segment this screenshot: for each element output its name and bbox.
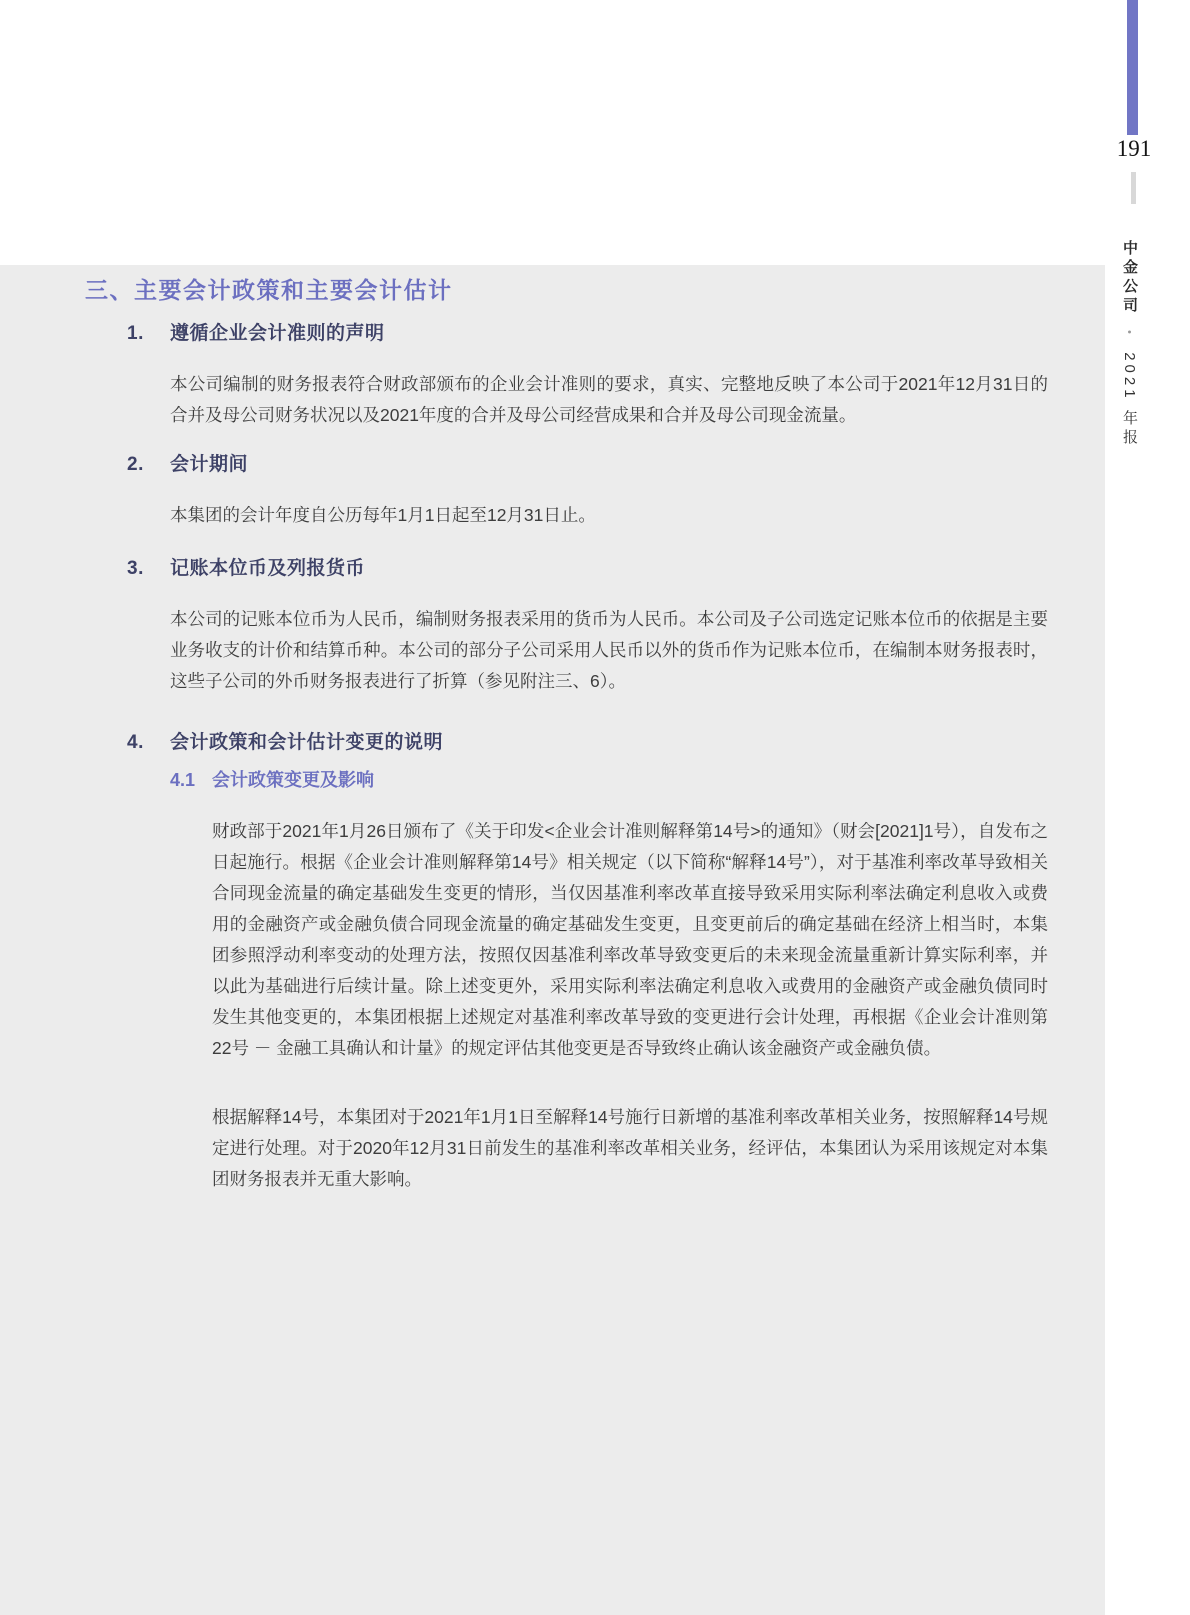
- section-2-paragraph: 本集团的会计年度自公历每年1月1日起至12月31日止。: [170, 500, 1048, 531]
- section-2-heading: 2. 会计期间: [0, 452, 1105, 478]
- vertical-brand-text: 中金公司 • 2021 年报: [1119, 240, 1140, 560]
- brand-name: 中金公司: [1121, 240, 1138, 316]
- section-1: 1. 遵循企业会计准则的声明 本公司编制的财务报表符合财政部颁布的企业会计准则的…: [0, 321, 1105, 431]
- section-1-title: 遵循企业会计准则的声明: [170, 321, 385, 347]
- main-heading: 三、主要会计政策和主要会计估计: [85, 275, 1105, 305]
- section-1-heading: 1. 遵循企业会计准则的声明: [0, 321, 1105, 347]
- year-label: 2021 年报: [1121, 352, 1138, 448]
- page-number: 191: [1106, 136, 1162, 162]
- section-1-paragraph: 本公司编制的财务报表符合财政部颁布的企业会计准则的要求，真实、完整地反映了本公司…: [170, 369, 1048, 431]
- section-1-number: 1.: [127, 321, 170, 347]
- section-3-number: 3.: [127, 556, 170, 582]
- section-4-number: 4.: [127, 730, 170, 756]
- page-number-tick: [1131, 172, 1136, 204]
- section-2: 2. 会计期间 本集团的会计年度自公历每年1月1日起至12月31日止。: [0, 452, 1105, 531]
- section-3-paragraph: 本公司的记账本位币为人民币，编制财务报表采用的货币为人民币。本公司及子公司选定记…: [170, 604, 1048, 697]
- section-4-1-heading: 4.1 会计政策变更及影响: [170, 768, 1105, 792]
- section-3-heading: 3. 记账本位币及列报货币: [0, 556, 1105, 582]
- section-4-heading: 4. 会计政策和会计估计变更的说明: [0, 730, 1105, 756]
- section-2-number: 2.: [127, 452, 170, 478]
- separator-dot: •: [1123, 330, 1135, 338]
- content-panel: 三、主要会计政策和主要会计估计 1. 遵循企业会计准则的声明 本公司编制的财务报…: [0, 265, 1105, 1615]
- report-page: 191 中金公司 • 2021 年报 三、主要会计政策和主要会计估计 1. 遵循…: [0, 0, 1190, 1615]
- section-4: 4. 会计政策和会计估计变更的说明 4.1 会计政策变更及影响 财政部于2021…: [0, 730, 1105, 1195]
- section-3: 3. 记账本位币及列报货币 本公司的记账本位币为人民币，编制财务报表采用的货币为…: [0, 556, 1105, 697]
- section-3-title: 记账本位币及列报货币: [170, 556, 365, 582]
- section-4-1-paragraph-1: 财政部于2021年1月26日颁布了《关于印发<企业会计准则解释第14号>的通知》…: [212, 816, 1048, 1064]
- section-4-1-title: 会计政策变更及影响: [212, 768, 374, 792]
- section-4-1-paragraph-2: 根据解释14号，本集团对于2021年1月1日至解释14号施行日新增的基准利率改革…: [212, 1102, 1048, 1195]
- accent-bar: [1127, 0, 1138, 135]
- section-2-title: 会计期间: [170, 452, 248, 478]
- section-4-title: 会计政策和会计估计变更的说明: [170, 730, 443, 756]
- section-4-1-number: 4.1: [170, 768, 212, 792]
